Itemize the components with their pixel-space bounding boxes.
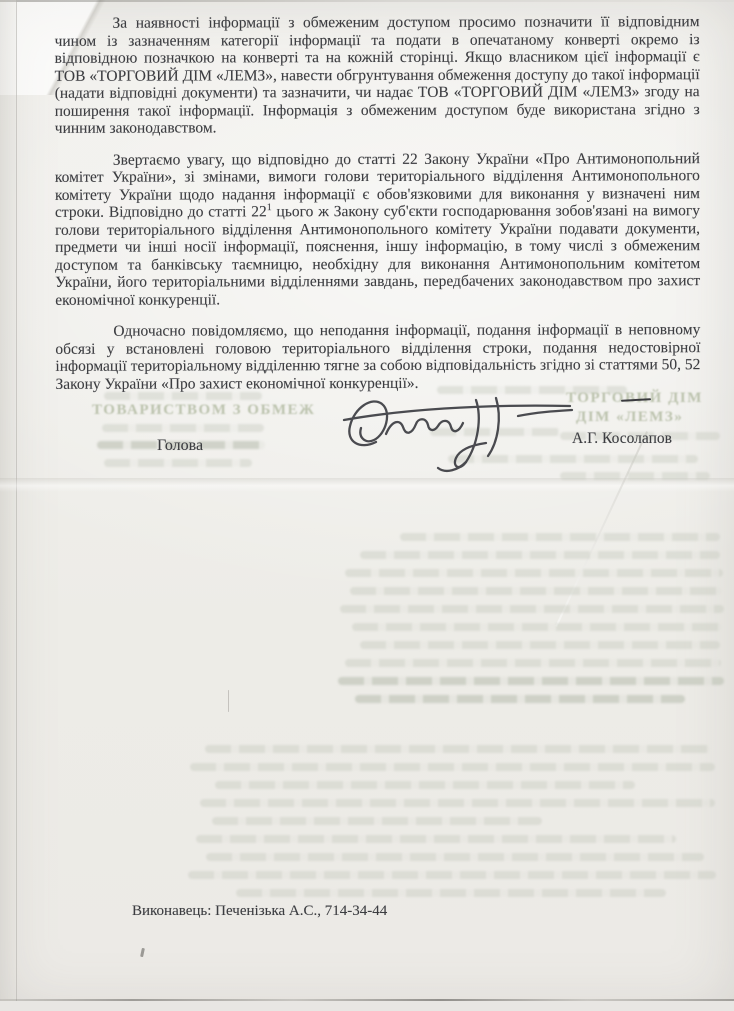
- bleedthrough-line: [360, 551, 720, 559]
- scan-bottom-strip: [0, 1001, 734, 1011]
- paper-scratch: [228, 690, 229, 712]
- signatory-title: Голова: [157, 437, 203, 455]
- bleedthrough-line: [340, 605, 724, 613]
- executor-line: Виконавець: Печенізька А.С., 714-34-44: [132, 903, 387, 920]
- bleedthrough-line: [212, 817, 542, 825]
- bleedthrough-line: [190, 763, 715, 771]
- paragraph-restricted-info: За наявності інформації з обмеженим дост…: [54, 13, 699, 137]
- handwritten-signature: [330, 380, 580, 480]
- bleedthrough-line: [560, 472, 710, 480]
- bleedthrough-line: [360, 641, 720, 649]
- scanned-letter-page: ТОВАРИСТВОМ З ОБМЕЖ ТОРГОВИЙ ДІМ ДІМ «ЛЕ…: [0, 0, 734, 1011]
- bleedthrough-line: [352, 623, 722, 631]
- scan-top-edge: [0, 0, 734, 2]
- bleedthrough-line: [206, 853, 704, 861]
- bleedthrough-line: [350, 587, 722, 595]
- bleedthrough-line: [102, 424, 264, 432]
- bleedthrough-line: [188, 871, 716, 879]
- paper-speck: [140, 948, 145, 957]
- paper-left-edge: [0, 0, 17, 1011]
- bleedthrough-line: [200, 799, 715, 807]
- bleedthrough-line: [345, 659, 721, 667]
- bleedthrough-line: [345, 569, 723, 577]
- bleedthrough-line: [355, 695, 685, 703]
- bleedthrough-line: [236, 889, 666, 897]
- letter-body: За наявності інформації з обмеженим дост…: [54, 13, 700, 407]
- bleedthrough-line: [196, 835, 676, 843]
- bleedthrough-line: [338, 677, 724, 685]
- bleedthrough-line: [104, 459, 252, 467]
- bleedthrough-line: [400, 533, 720, 541]
- signatory-name: А.Г. Косолапов: [572, 430, 672, 448]
- bleedthrough-line: [205, 745, 710, 753]
- bleedthrough-fragment: ДІМ «ЛЕМЗ»: [576, 409, 683, 426]
- paragraph-article-22: Звертаємо увагу, що відповідно до статті…: [55, 150, 700, 309]
- bleedthrough-line: [215, 781, 635, 789]
